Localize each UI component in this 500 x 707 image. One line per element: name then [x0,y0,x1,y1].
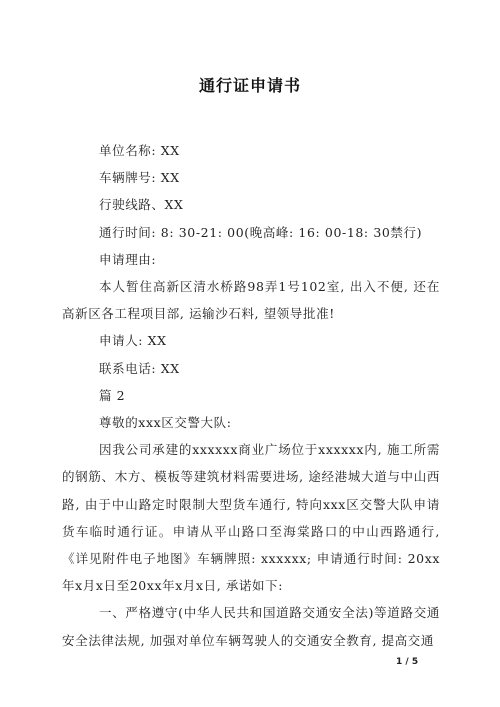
field-reason-label: 申请理由: [62,246,440,273]
section-heading: 篇 2 [62,382,440,409]
document-title: 通行证申请书 [0,73,500,96]
field-pass-time: 通行时间: 8: 30-21: 00(晚高峰: 16: 00-18: 30禁行) [62,219,440,246]
field-unit-name: 单位名称: XX [62,137,440,164]
document-body: 单位名称: XX 车辆牌号: XX 行驶线路、XX 通行时间: 8: 30-21… [62,137,440,654]
field-route: 行驶线路、XX [62,191,440,218]
page-indicator: 1 / 5 [396,657,418,667]
salutation: 尊敬的xxx区交警大队: [62,409,440,436]
body-paragraph: 因我公司承建的xxxxxx商业广场位于xxxxxx内, 施工所需的钢筋、木方、模… [62,436,440,599]
field-phone: 联系电话: XX [62,355,440,382]
field-plate-number: 车辆牌号: XX [62,164,440,191]
reason-paragraph: 本人暂住高新区清水桥路98弄1号102室, 出入不便, 还在高新区各工程项目部,… [62,273,440,327]
field-applicant: 申请人: XX [62,327,440,354]
commitment-paragraph: 一、严格遵守(中华人民共和国道路交通安全法)等道路交通安全法律法规, 加强对单位… [62,599,440,653]
